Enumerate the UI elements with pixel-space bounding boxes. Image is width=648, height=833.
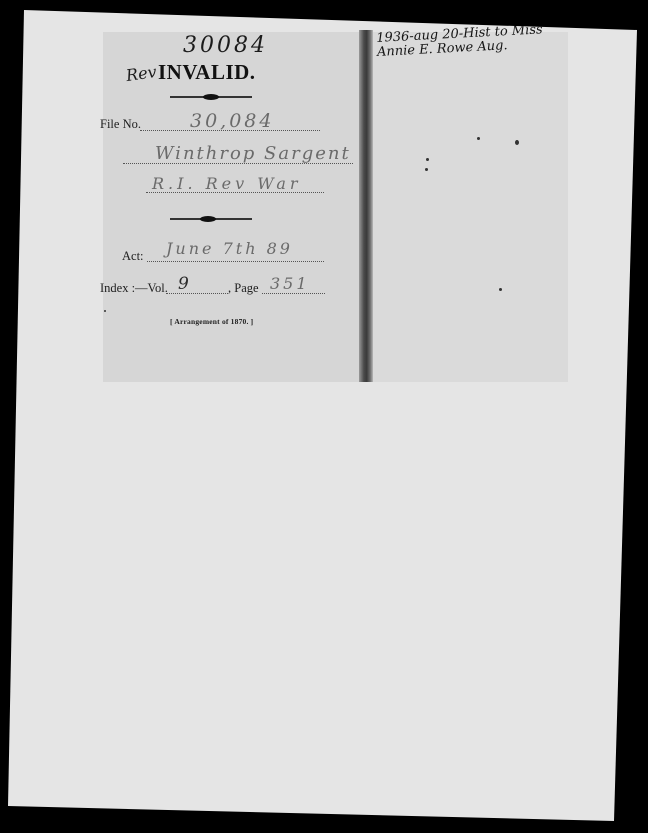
- act-label: Act:: [122, 249, 144, 264]
- file-number-header: 30084: [183, 33, 268, 58]
- speck: [425, 168, 428, 171]
- index-vol-line: [166, 293, 228, 294]
- ornamental-divider-top: [170, 96, 252, 98]
- ornamental-divider-bottom: [170, 218, 252, 220]
- file-no-value: 30,084: [190, 110, 274, 132]
- page-value: 351: [270, 274, 310, 293]
- speck: [515, 140, 519, 145]
- page-line: [262, 293, 325, 294]
- file-no-label: File No.: [100, 117, 141, 132]
- pensioner-name: Winthrop Sargent: [155, 143, 351, 164]
- speck: [426, 158, 429, 161]
- act-line: [147, 261, 324, 262]
- scanned-page: 30084 Rev INVALID. File No. 30,084 Winth…: [0, 0, 648, 833]
- act-value: June 7th 89: [166, 239, 293, 258]
- index-vol-value: 9: [178, 274, 189, 294]
- card-title: INVALID.: [158, 60, 256, 85]
- card-back-panel: [372, 32, 568, 382]
- speck: [499, 288, 502, 291]
- speck: [104, 310, 106, 312]
- index-vol-label: Index :—Vol.: [100, 281, 168, 296]
- speck: [477, 137, 480, 140]
- card-fold-spine: [359, 30, 373, 382]
- page-label: , Page: [228, 281, 259, 296]
- arrangement-note: [ Arrangement of 1870. ]: [170, 317, 253, 326]
- service-description: R.I. Rev War: [152, 174, 302, 193]
